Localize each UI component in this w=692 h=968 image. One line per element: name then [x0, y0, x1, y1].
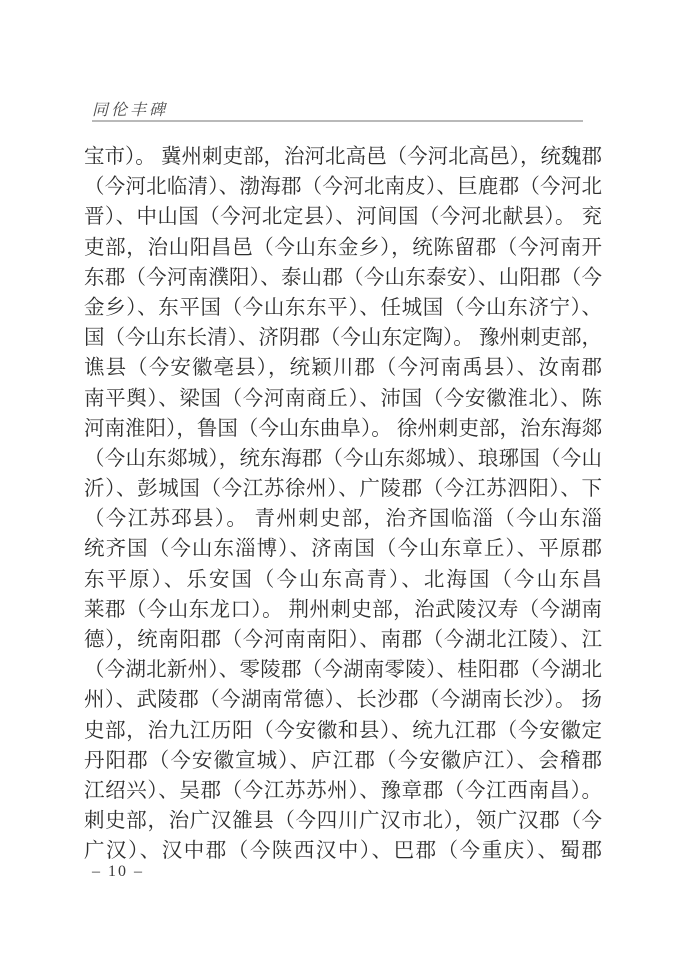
- text-line: 河南淮阳），鲁国（今山东曲阜）。 徐州刺吏部，治东海郯县: [84, 414, 602, 444]
- header-rule: [92, 120, 583, 122]
- text-line: 晋）、中山国（今河北定县）、河间国（今河北献县）。 兖州刺: [84, 202, 602, 232]
- text-line: （今湖北新州）、零陵郡（今湖南零陵）、桂阳郡（今湖北郴: [84, 655, 602, 685]
- text-line: 宝市）。 冀州刺吏部，治河北高邑（今河北高邑），统魏郡: [84, 142, 602, 172]
- text-line: 东郡（今河南濮阳）、泰山郡（今山东泰安）、山阳郡（今山东: [84, 263, 602, 293]
- body-text: 宝市）。 冀州刺吏部，治河北高邑（今河北高邑），统魏郡（今河北临清）、渤海郡（今…: [84, 142, 602, 867]
- text-line: 统齐国（今山东淄博）、济南国（今山东章丘）、平原郡（今山: [84, 534, 602, 564]
- page-number: – 10 –: [92, 863, 144, 881]
- text-line: 史部，治九江历阳（今安徽和县）、统九江郡（今安徽定远）、: [84, 716, 602, 746]
- text-line: 吏部，治山阳昌邑（今山东金乡），统陈留郡（今河南开封）、: [84, 233, 602, 263]
- text-line: 国（今山东长清）、济阴郡（今山东定陶）。 豫州刺吏部，治: [84, 323, 602, 353]
- text-line: 南平舆）、梁国（今河南商丘）、沛国（今安徽淮北）、陈国（今: [84, 384, 602, 414]
- text-line: 广汉）、汉中郡（今陕西汉中）、巴郡（今重庆）、蜀郡（今四川: [84, 836, 602, 866]
- text-line: 江绍兴）、吴郡（今江苏苏州）、豫章郡（今江西南昌）。 益州: [84, 776, 602, 806]
- text-line: 州）、武陵郡（今湖南常德）、长沙郡（今湖南长沙）。 扬州刺: [84, 685, 602, 715]
- text-line: （今河北临清）、渤海郡（今河北南皮）、巨鹿郡（今河北宁: [84, 172, 602, 202]
- text-line: （今山东郯城），统东海郡（今山东郯城）、琅琊国（今山东临: [84, 444, 602, 474]
- text-line: 刺史部，治广汉雒县（今四川广汉市北），领广汉郡（今四川: [84, 806, 602, 836]
- text-line: 金乡）、东平国（今山东东平）、任城国（今山东济宁）、济北: [84, 293, 602, 323]
- text-line: 丹阳郡（今安徽宣城）、庐江郡（今安徽庐江）、会稽郡（今浙: [84, 746, 602, 776]
- text-line: 莱郡（今山东龙口）。 荆州刺史部，治武陵汉寿（今湖南常: [84, 595, 602, 625]
- running-head-title: 同伦丰碑: [92, 97, 168, 120]
- book-page: 同伦丰碑 宝市）。 冀州刺吏部，治河北高邑（今河北高邑），统魏郡（今河北临清）、…: [0, 0, 692, 968]
- text-line: 谯县（今安徽亳县），统颖川郡（今河南禹县）、汝南郡（今河: [84, 353, 602, 383]
- text-line: 德），统南阳郡（今河南南阳）、南郡（今湖北江陵）、江夏郡: [84, 625, 602, 655]
- text-line: 东平原）、乐安国（今山东高青）、北海国（今山东昌乐），东: [84, 565, 602, 595]
- text-line: 沂）、彭城国（今江苏徐州）、广陵郡（今江苏泗阳）、下邳国: [84, 474, 602, 504]
- text-line: （今江苏邳县）。 青州刺史部，治齐国临淄（今山东淄博），: [84, 504, 602, 534]
